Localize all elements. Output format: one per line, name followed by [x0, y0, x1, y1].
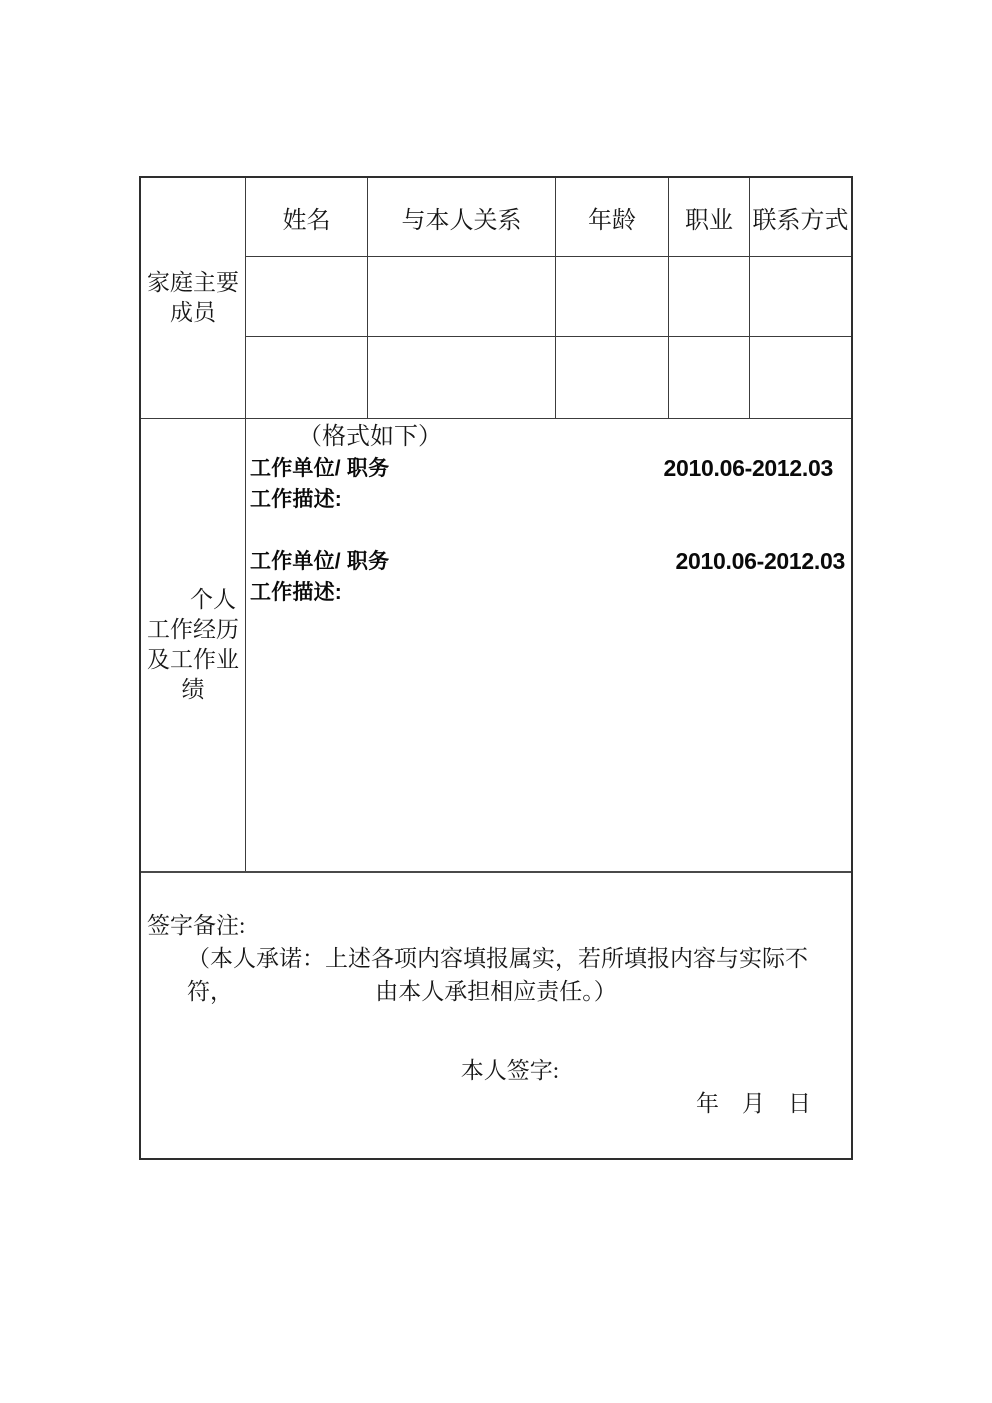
family-cell-r2-age[interactable] [556, 337, 669, 418]
work-entry-1-header: 工作单位/ 职务 2010.06-2012.03 [246, 453, 851, 484]
work-experience-content[interactable]: （格式如下） 工作单位/ 职务 2010.06-2012.03 工作描述: 工作… [246, 419, 851, 871]
family-cell-r1-contact[interactable] [750, 257, 851, 337]
signature-remarks-label: 签字备注: [141, 909, 851, 942]
family-row-label-line1: 家庭主要 [141, 268, 245, 298]
family-cell-r1-occupation[interactable] [669, 257, 750, 337]
work-label-line4: 绩 [141, 675, 245, 705]
work-label-line1: 个人 [141, 585, 245, 615]
family-row-label: 家庭主要 成员 [141, 178, 246, 418]
promise-statement-line1: （本人承诺：上述各项内容填报属实，若所填报内容与实际不符， [141, 942, 851, 975]
work-experience-section: 个人 工作经历 及工作业 绩 （格式如下） 工作单位/ 职务 2010.06-2… [141, 418, 851, 871]
work-label-line3: 及工作业 [141, 645, 245, 675]
format-note: （格式如下） [246, 422, 851, 453]
col-header-contact: 联系方式 [750, 178, 851, 257]
family-cell-r2-occupation[interactable] [669, 337, 750, 418]
promise-statement-line2: 由本人承担相应责任。） [141, 975, 851, 1008]
work-entry-spacer [246, 515, 851, 546]
work-entry-2-title: 工作单位/ 职务 [250, 546, 389, 577]
work-entry-2-period: 2010.06-2012.03 [676, 546, 851, 577]
col-header-name: 姓名 [246, 178, 368, 257]
work-entry-2-desc-label: 工作描述: [246, 577, 851, 608]
family-cell-r2-contact[interactable] [750, 337, 851, 418]
personal-signature-label: 本人签字: [155, 1054, 865, 1087]
family-cell-r2-name[interactable] [246, 337, 368, 418]
work-entry-1-desc-label: 工作描述: [246, 484, 851, 515]
work-experience-row-label: 个人 工作经历 及工作业 绩 [141, 419, 246, 871]
family-cell-r1-age[interactable] [556, 257, 669, 337]
work-label-line2: 工作经历 [141, 615, 245, 645]
col-header-relation: 与本人关系 [368, 178, 556, 257]
document-page: 家庭主要 成员 姓名 与本人关系 年龄 职业 联系方式 个人 工作经历 [0, 0, 992, 1403]
work-entry-2-header: 工作单位/ 职务 2010.06-2012.03 [246, 546, 851, 577]
family-cell-r1-name[interactable] [246, 257, 368, 337]
family-cell-r2-relation[interactable] [368, 337, 556, 418]
col-header-occupation: 职业 [669, 178, 750, 257]
work-entry-1-period: 2010.06-2012.03 [664, 453, 851, 484]
signature-gap [141, 1008, 851, 1054]
family-row-label-line2: 成员 [141, 298, 245, 328]
col-header-age: 年龄 [556, 178, 669, 257]
work-entry-1-title: 工作单位/ 职务 [250, 453, 389, 484]
family-cell-r1-relation[interactable] [368, 257, 556, 337]
personal-info-form: 家庭主要 成员 姓名 与本人关系 年龄 职业 联系方式 个人 工作经历 [139, 176, 853, 1160]
date-year-month-day-label: 年 月 日 [141, 1087, 851, 1120]
family-members-section: 家庭主要 成员 姓名 与本人关系 年龄 职业 联系方式 [141, 178, 851, 418]
signature-section[interactable]: 签字备注: （本人承诺：上述各项内容填报属实，若所填报内容与实际不符， 由本人承… [141, 871, 851, 1158]
